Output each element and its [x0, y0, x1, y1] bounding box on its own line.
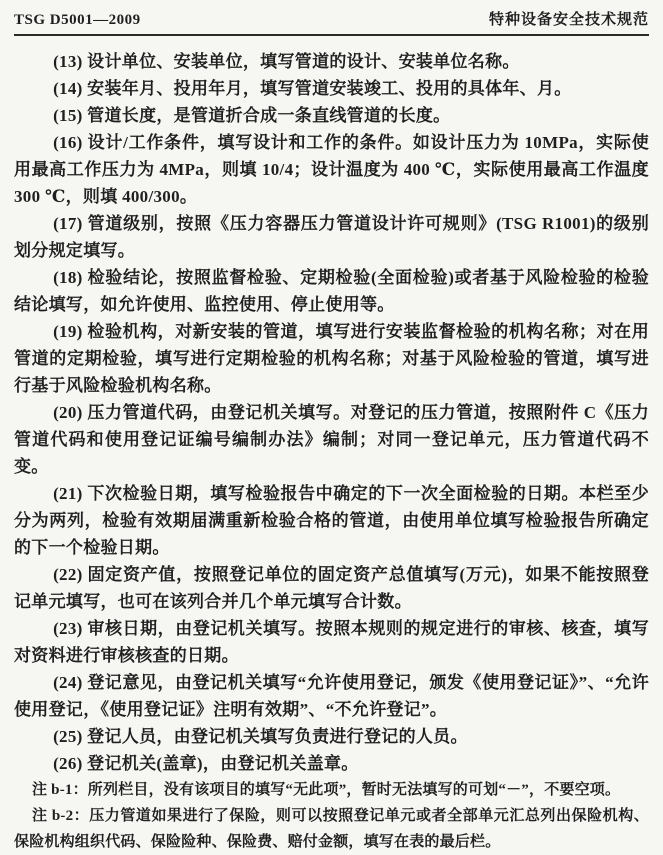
paragraph-item-25: (25) 登记人员，由登记机关填写负责进行登记的人员。 [14, 723, 649, 750]
doc-number: TSG D5001—2009 [14, 12, 141, 29]
paragraph-item-24: (24) 登记意见，由登记机关填写“允许使用登记，颁发《使用登记证》”、“允许使… [14, 669, 649, 723]
paragraph-item-22: (22) 固定资产值，按照登记单位的固定资产总值填写(万元)，如果不能按照登记单… [14, 561, 649, 615]
paragraph-item-23: (23) 审核日期，由登记机关填写。按照本规则的规定进行的审核、核查，填写对资料… [14, 615, 649, 669]
spec-title: 特种设备安全技术规范 [489, 8, 649, 29]
body-text: (13) 设计单位、安装单位，填写管道的设计、安装单位名称。 (14) 安装年月… [14, 48, 649, 855]
page-header: TSG D5001—2009 特种设备安全技术规范 [14, 8, 649, 36]
note-b-2: 注 b-2：压力管道如果进行了保险，则可以按照登记单元或者全部单元汇总列出保险机… [14, 803, 649, 855]
document-page: TSG D5001—2009 特种设备安全技术规范 (13) 设计单位、安装单位… [0, 0, 663, 855]
paragraph-item-20: (20) 压力管道代码，由登记机关填写。对登记的压力管道，按照附件 C《压力管道… [14, 399, 649, 480]
paragraph-item-13: (13) 设计单位、安装单位，填写管道的设计、安装单位名称。 [14, 48, 649, 75]
paragraph-item-19: (19) 检验机构，对新安装的管道，填写进行安装监督检验的机构名称；对在用管道的… [14, 318, 649, 399]
paragraph-item-21: (21) 下次检验日期，填写检验报告中确定的下一次全面检验的日期。本栏至少分为两… [14, 480, 649, 561]
paragraph-item-14: (14) 安装年月、投用年月，填写管道安装竣工、投用的具体年、月。 [14, 75, 649, 102]
paragraph-item-17: (17) 管道级别，按照《压力容器压力管道设计许可规则》(TSG R1001)的… [14, 210, 649, 264]
paragraph-item-15: (15) 管道长度，是管道折合成一条直线管道的长度。 [14, 102, 649, 129]
note-b-1: 注 b-1：所列栏目，没有该项目的填写“无此项”，暂时无法填写的可划“－”，不要… [14, 777, 649, 803]
paragraph-item-18: (18) 检验结论，按照监督检验、定期检验(全面检验)或者基于风险检验的检验结论… [14, 264, 649, 318]
paragraph-item-26: (26) 登记机关(盖章)，由登记机关盖章。 [14, 750, 649, 777]
paragraph-item-16: (16) 设计/工作条件，填写设计和工作的条件。如设计压力为 10MPa，实际使… [14, 129, 649, 210]
